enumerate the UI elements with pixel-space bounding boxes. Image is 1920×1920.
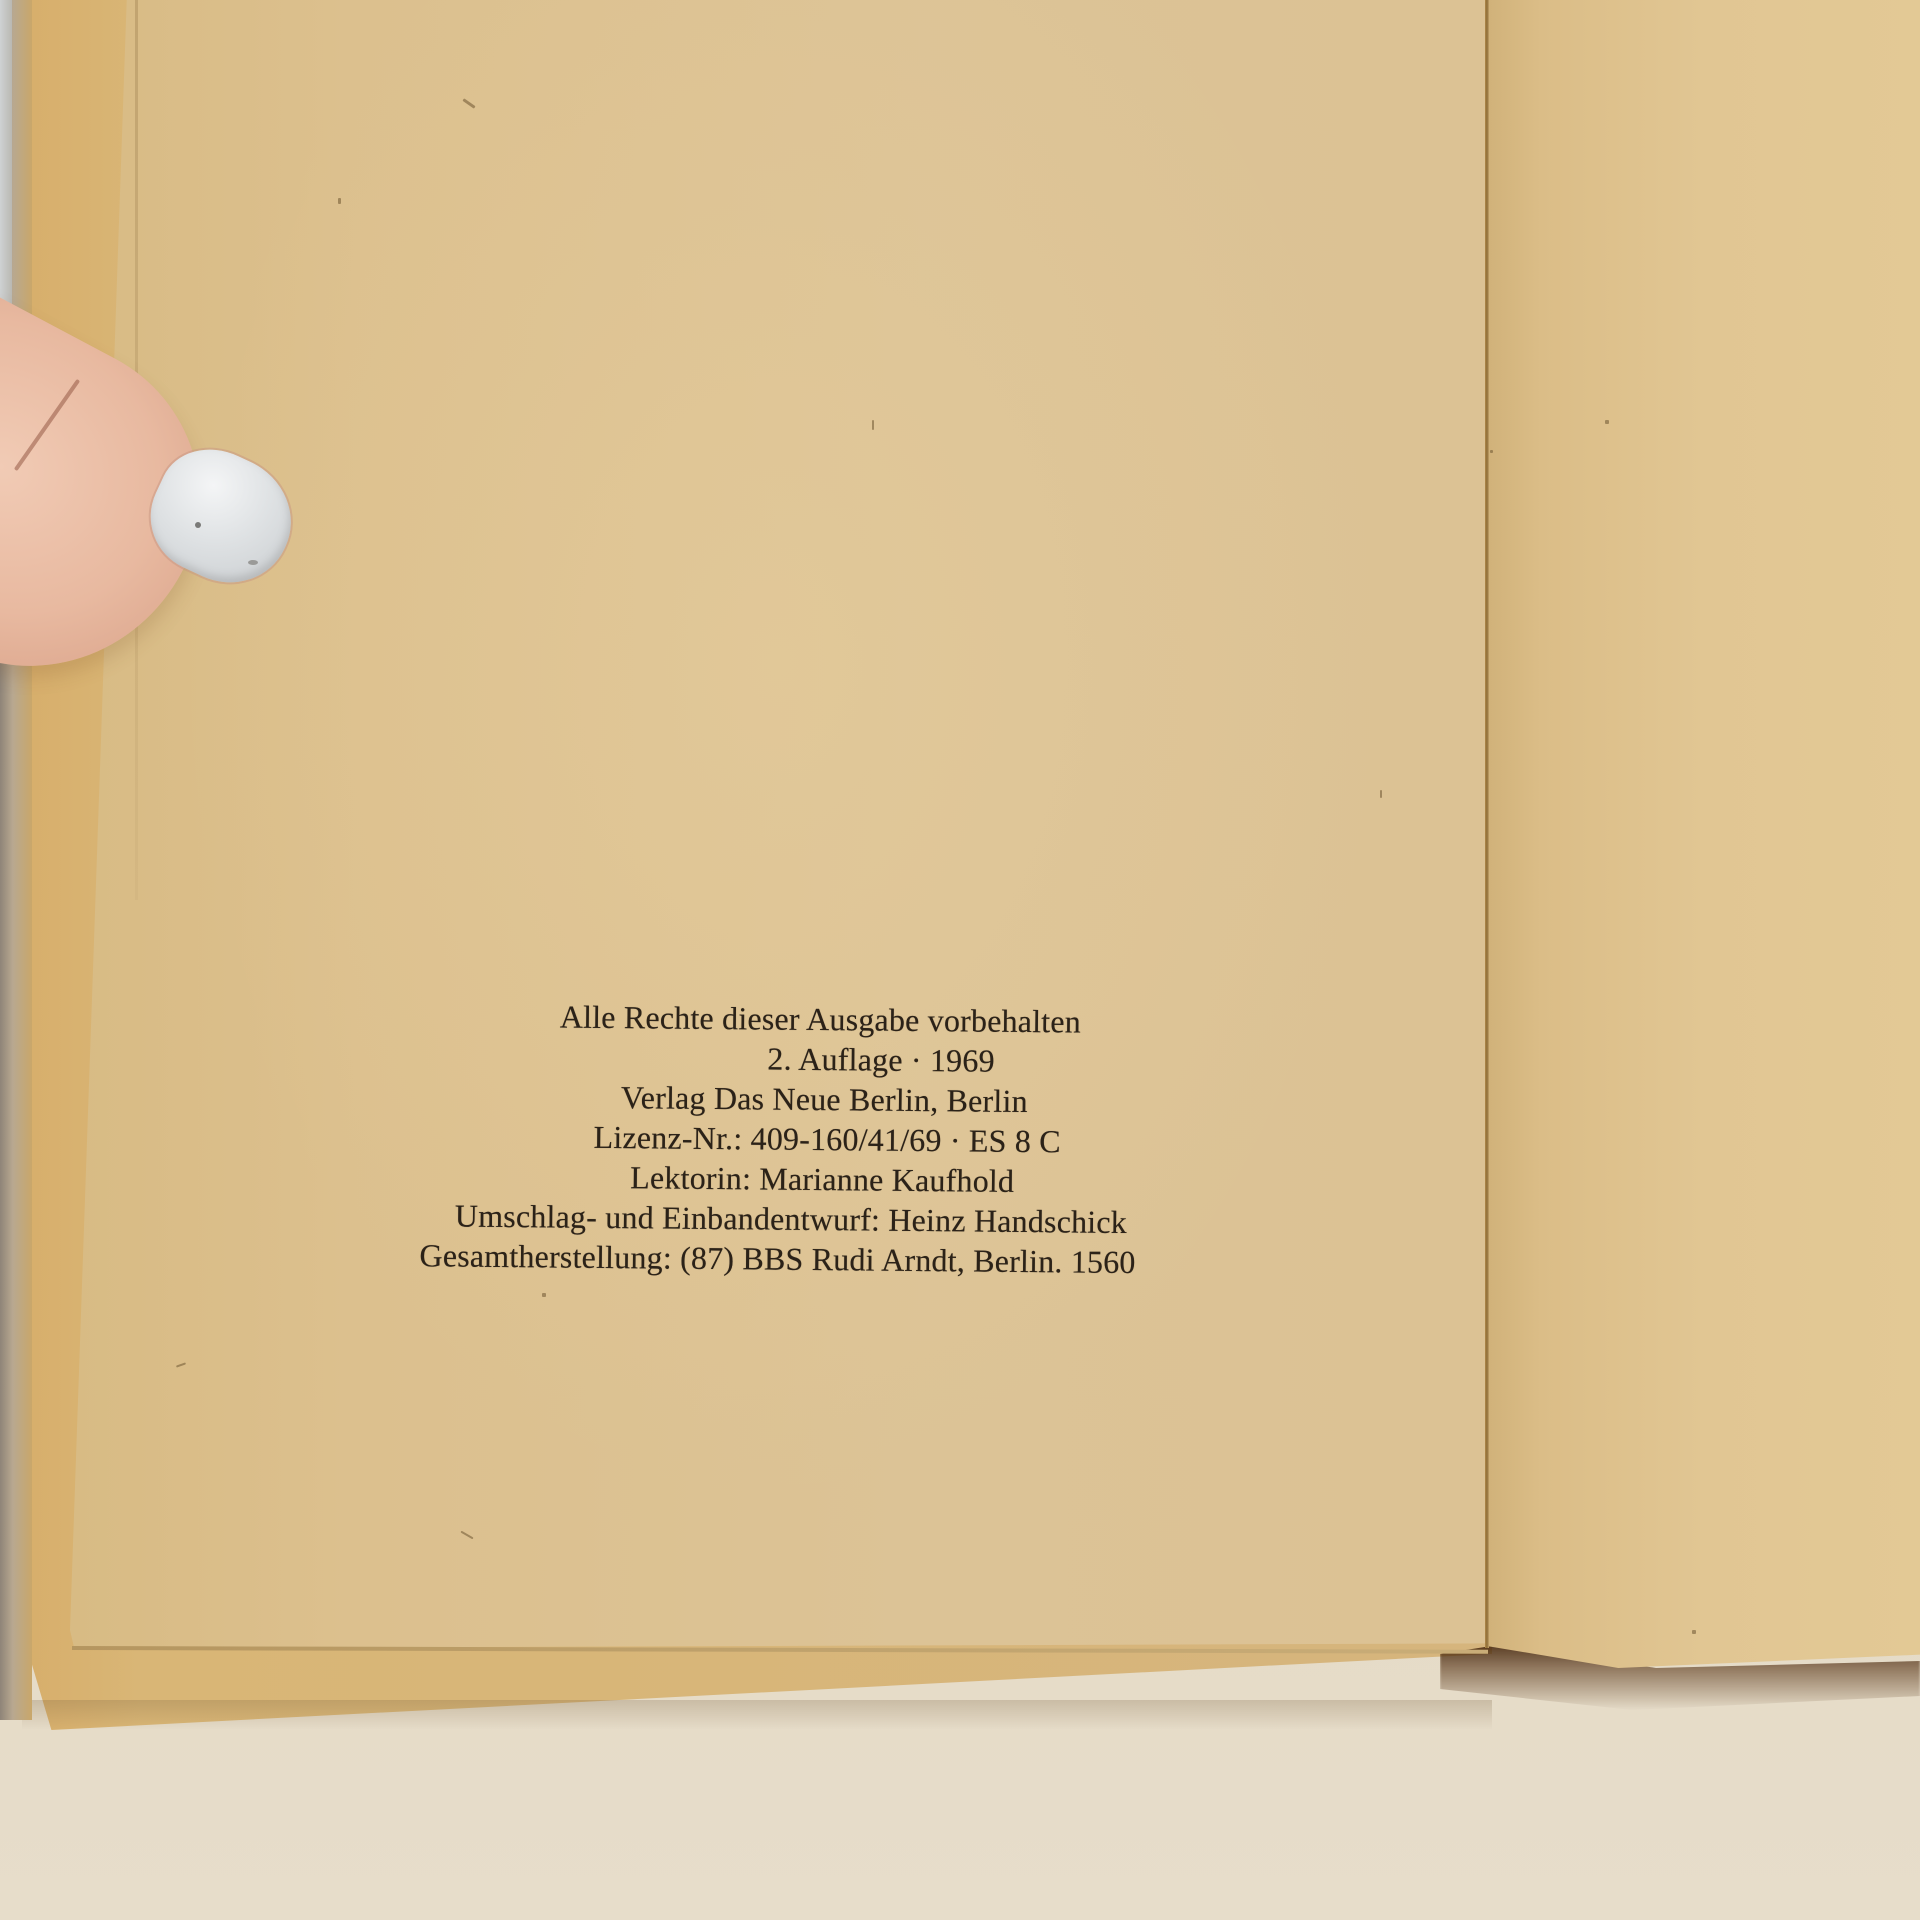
paper-speck — [1605, 420, 1609, 424]
paper-speck — [1380, 790, 1382, 798]
nail-polish-chip — [248, 560, 258, 565]
paper-speck — [542, 1293, 546, 1297]
imprint-block: Alle Rechte dieser Ausgabe vorbehalten 2… — [397, 995, 1340, 1284]
paper-speck — [1692, 1630, 1696, 1634]
book-gutter — [1485, 0, 1489, 1648]
right-page[interactable] — [1489, 0, 1920, 1668]
cover-shadow — [22, 1700, 1492, 1730]
paper-speck — [338, 198, 341, 204]
nail-polish-chip — [195, 522, 201, 528]
left-page-imprint[interactable] — [70, 0, 1488, 1655]
paper-speck — [1490, 450, 1493, 453]
paper-speck — [872, 420, 874, 430]
